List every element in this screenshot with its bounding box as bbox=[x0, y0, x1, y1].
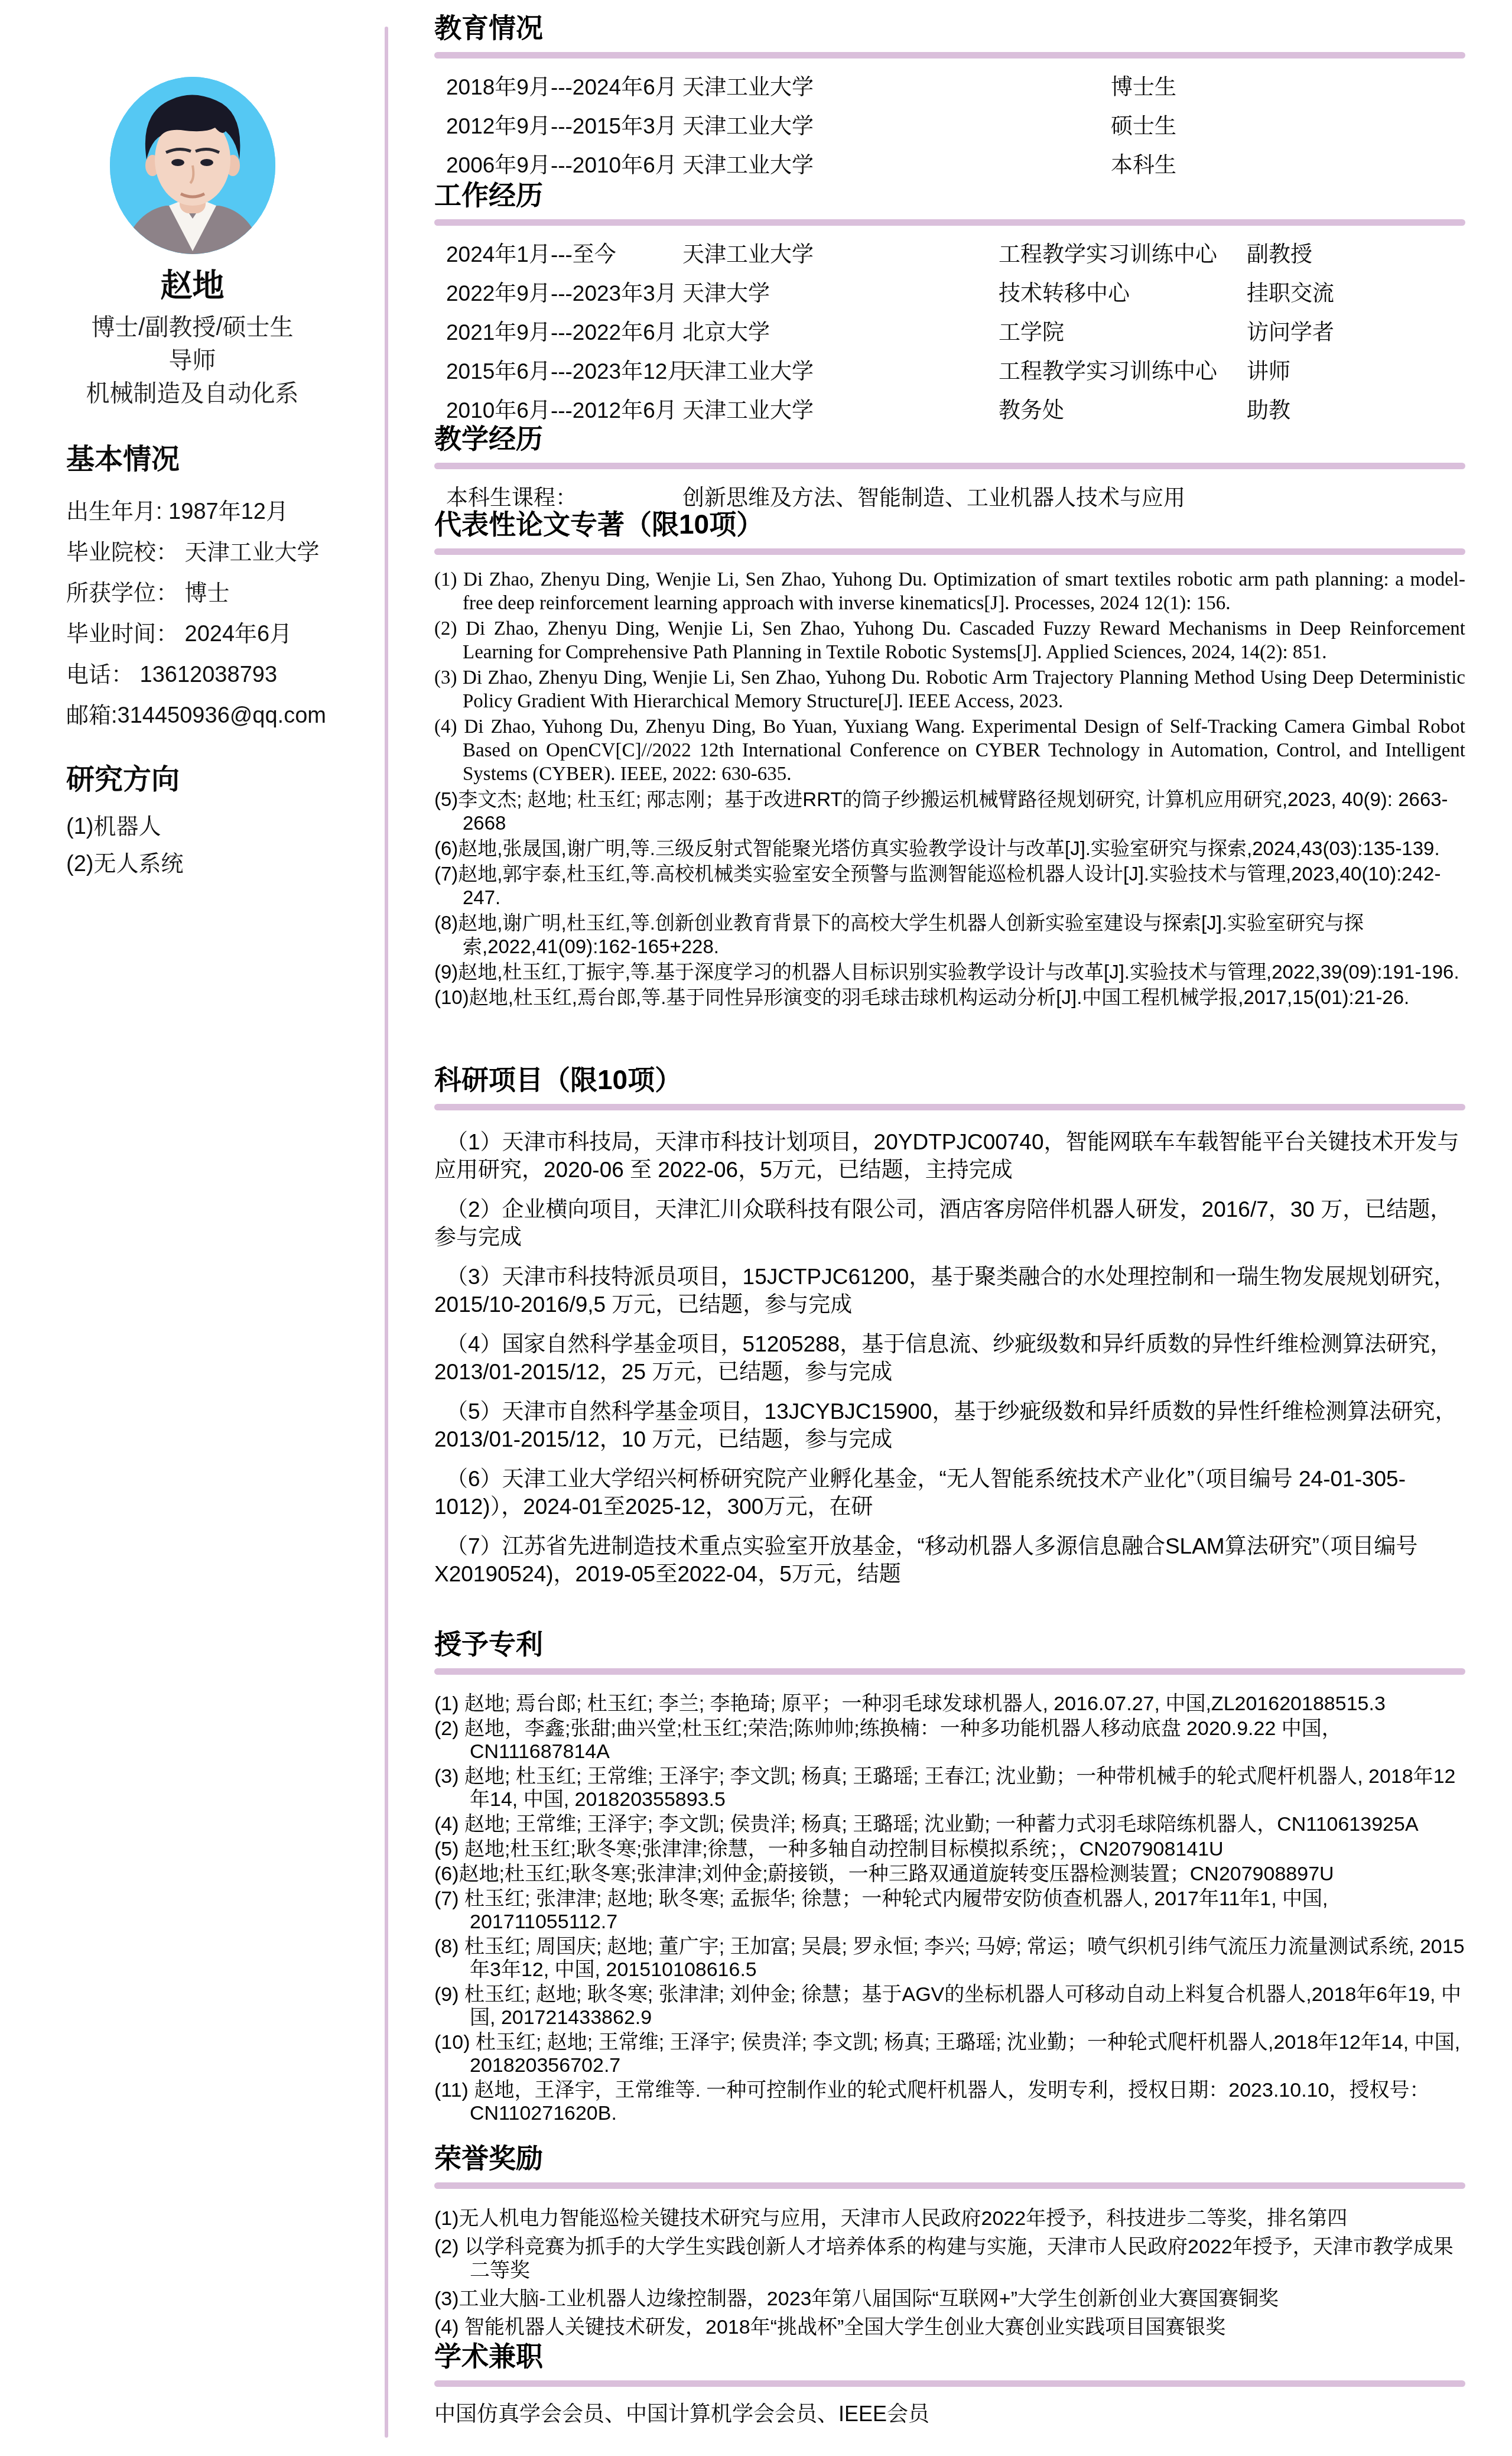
papers-list: (1) Di Zhao, Zhenyu Ding, Wenjie Li, Sen… bbox=[434, 568, 1465, 1009]
sidebar-divider bbox=[385, 27, 388, 2438]
person-name: 赵地 bbox=[0, 268, 385, 304]
patents-list: (1) 赵地; 焉台郎; 杜玉红; 李兰; 李艳琦; 原平；一种羽毛球发球机器人… bbox=[434, 1692, 1465, 2125]
teaching-rows: 本科生课程： 创新思维及方法、智能制造、工业机器人技术与应用 bbox=[434, 486, 1465, 511]
person-title-line1: 博士/副教授/硕士生 bbox=[0, 311, 385, 344]
project-item: （3）天津市科技特派员项目，15JCTPJC61200，基于聚类融合的水处理控制… bbox=[434, 1263, 1465, 1318]
patent-item: (7) 杜玉红; 张津津; 赵地; 耿冬寒; 孟振华; 徐慧；一种轮式内履带安防… bbox=[434, 1888, 1465, 1934]
basic-info-item: 毕业时间： 2024年6月 bbox=[66, 614, 385, 655]
teaching-row: 本科生课程： 创新思维及方法、智能制造、工业机器人技术与应用 bbox=[446, 486, 1465, 511]
work-row: 2015年6月---2023年12月 天津工业大学 工程教学实习训练中心 讲师 bbox=[446, 359, 1465, 384]
work-department: 教务处 bbox=[999, 398, 1247, 423]
work-department: 工程教学实习训练中心 bbox=[999, 359, 1247, 384]
work-underline bbox=[434, 219, 1465, 226]
education-heading: 教育情况 bbox=[434, 12, 1465, 44]
education-period: 2018年9月---2024年6月 bbox=[446, 75, 682, 100]
education-degree: 本科生 bbox=[1111, 153, 1465, 178]
work-row: 2021年9月---2022年6月 北京大学 工学院 访问学者 bbox=[446, 320, 1465, 345]
work-department: 工学院 bbox=[999, 320, 1247, 345]
patent-item: (5) 赵地;杜玉红;耿冬寒;张津津;徐慧，一种多轴自动控制目标模拟系统；，CN… bbox=[434, 1838, 1465, 1861]
papers-underline bbox=[434, 548, 1465, 555]
project-item: （2）企业横向项目，天津汇川众联科技有限公司，酒店客房陪伴机器人研发，2016/… bbox=[434, 1195, 1465, 1251]
patents-underline bbox=[434, 1668, 1465, 1675]
project-item: （4）国家自然科学基金项目，51205288，基于信息流、纱疵级数和异纤质数的异… bbox=[434, 1330, 1465, 1386]
project-item: （6）天津工业大学绍兴柯桥研究院产业孵化基金，“无人智能系统技术产业化”（项目编… bbox=[434, 1465, 1465, 1521]
profile-photo bbox=[110, 77, 275, 254]
work-department: 工程教学实习训练中心 bbox=[999, 242, 1247, 267]
work-organization: 天津工业大学 bbox=[682, 242, 999, 267]
patent-item: (3) 赵地; 杜玉红; 王常维; 王泽宇; 李文凯; 杨真; 王璐瑶; 王春江… bbox=[434, 1765, 1465, 1811]
project-item: （1）天津市科技局，天津市科技计划项目，20YDTPJC00740，智能网联车车… bbox=[434, 1128, 1465, 1184]
education-row: 2018年9月---2024年6月 天津工业大学 博士生 bbox=[446, 75, 1465, 100]
paper-item: (8)赵地,谢广明,杜玉红,等.创新创业教育背景下的高校大学生机器人创新实验室建… bbox=[434, 911, 1465, 959]
section-papers: 代表性论文专著（限10项） (1) Di Zhao, Zhenyu Ding, … bbox=[434, 508, 1465, 1011]
work-title: 讲师 bbox=[1247, 359, 1465, 384]
honor-item: (1)无人机电力智能巡检关键技术研究与应用，天津市人民政府2022年授予，科技进… bbox=[434, 2207, 1465, 2230]
research-direction-heading: 研究方向 bbox=[66, 764, 385, 797]
research-direction-list: (1)机器人 (2)无人系统 bbox=[66, 808, 385, 883]
paper-item: (4) Di Zhao, Yuhong Du, Zhenyu Ding, Bo … bbox=[434, 715, 1465, 786]
education-degree: 博士生 bbox=[1111, 75, 1465, 100]
education-period: 2006年9月---2010年6月 bbox=[446, 153, 682, 178]
paper-item: (10)赵地,杜玉红,焉台郎,等.基于同性异形演变的羽毛球击球机构运动分析[J]… bbox=[434, 986, 1465, 1009]
memberships-text: 中国仿真学会会员、中国计算机学会会员、IEEE会员 bbox=[434, 2402, 1465, 2426]
work-organization: 天津工业大学 bbox=[682, 359, 999, 384]
work-title: 助教 bbox=[1247, 398, 1465, 423]
work-row: 2022年9月---2023年3月 天津大学 技术转移中心 挂职交流 bbox=[446, 281, 1465, 306]
education-row: 2012年9月---2015年3月 天津工业大学 硕士生 bbox=[446, 114, 1465, 139]
project-item: （7）江苏省先进制造技术重点实验室开放基金，“移动机器人多源信息融合SLAM算法… bbox=[434, 1532, 1465, 1588]
honors-list: (1)无人机电力智能巡检关键技术研究与应用，天津市人民政府2022年授予，科技进… bbox=[434, 2207, 1465, 2339]
papers-heading: 代表性论文专著（限10项） bbox=[434, 508, 1465, 540]
paper-item: (7)赵地,郭宇泰,杜玉红,等.高校机械类实验室安全预警与监测智能巡检机器人设计… bbox=[434, 862, 1465, 909]
honors-underline bbox=[434, 2182, 1465, 2189]
patent-item: (8) 杜玉红; 周国庆; 赵地; 董广宇; 王加富; 吴晨; 罗永恒; 李兴;… bbox=[434, 1935, 1465, 1981]
paper-item: (9)赵地,杜玉红,丁振宇,等.基于深度学习的机器人目标识别实验教学设计与改革[… bbox=[434, 960, 1465, 984]
basic-info-item: 出生年月: 1987年12月 bbox=[66, 492, 385, 532]
teaching-course-list: 创新思维及方法、智能制造、工业机器人技术与应用 bbox=[682, 486, 1465, 511]
paper-item: (2) Di Zhao, Zhenyu Ding, Wenjie Li, Sen… bbox=[434, 617, 1465, 664]
education-degree: 硕士生 bbox=[1111, 114, 1465, 139]
basic-info-item: 毕业院校： 天津工业大学 bbox=[66, 532, 385, 573]
teaching-underline bbox=[434, 463, 1465, 469]
projects-list: （1）天津市科技局，天津市科技计划项目，20YDTPJC00740，智能网联车车… bbox=[434, 1128, 1465, 1588]
research-direction-item: (2)无人系统 bbox=[66, 846, 385, 883]
sidebar: 赵地 博士/副教授/硕士生 导师 机械制造及自动化系 基本情况 出生年月: 19… bbox=[0, 0, 385, 2456]
work-title: 访问学者 bbox=[1247, 320, 1465, 345]
projects-underline bbox=[434, 1104, 1465, 1110]
paper-item: (3) Di Zhao, Zhenyu Ding, Wenjie Li, Sen… bbox=[434, 666, 1465, 713]
memberships-underline bbox=[434, 2380, 1465, 2387]
patent-item: (10) 杜玉红; 赵地; 王常维; 王泽宇; 侯贵洋; 李文凯; 杨真; 王璐… bbox=[434, 2031, 1465, 2077]
teaching-course-label: 本科生课程： bbox=[446, 486, 682, 511]
projects-heading: 科研项目（限10项） bbox=[434, 1064, 1465, 1096]
patent-item: (1) 赵地; 焉台郎; 杜玉红; 李兰; 李艳琦; 原平；一种羽毛球发球机器人… bbox=[434, 1692, 1465, 1716]
basic-info-item: 邮箱:314450936@qq.com bbox=[66, 696, 385, 736]
honor-item: (4) 智能机器人关键技术研发，2018年“挑战杯”全国大学生创业大赛创业实践项… bbox=[434, 2315, 1465, 2339]
education-school: 天津工业大学 bbox=[682, 153, 1111, 178]
work-title: 挂职交流 bbox=[1247, 281, 1465, 306]
basic-info-item: 所获学位： 博士 bbox=[66, 573, 385, 614]
honor-item: (2) 以学科竞赛为抓手的大学生实践创新人才培养体系的构建与实施，天津市人民政府… bbox=[434, 2235, 1465, 2282]
education-period: 2012年9月---2015年3月 bbox=[446, 114, 682, 139]
basic-info-item: 电话： 13612038793 bbox=[66, 655, 385, 696]
person-department: 机械制造及自动化系 bbox=[0, 377, 385, 410]
work-period: 2015年6月---2023年12月 bbox=[446, 359, 682, 384]
patents-heading: 授予专利 bbox=[434, 1628, 1465, 1660]
education-school: 天津工业大学 bbox=[682, 75, 1111, 100]
section-education: 教育情况 2018年9月---2024年6月 天津工业大学 博士生 2012年9… bbox=[434, 12, 1465, 192]
work-period: 2024年1月---至今 bbox=[446, 242, 682, 267]
work-heading: 工作经历 bbox=[434, 179, 1465, 211]
section-honors: 荣誉奖励 (1)无人机电力智能巡检关键技术研究与应用，天津市人民政府2022年授… bbox=[434, 2142, 1465, 2344]
education-row: 2006年9月---2010年6月 天津工业大学 本科生 bbox=[446, 153, 1465, 178]
education-underline bbox=[434, 52, 1465, 59]
education-school: 天津工业大学 bbox=[682, 114, 1111, 139]
work-department: 技术转移中心 bbox=[999, 281, 1247, 306]
work-title: 副教授 bbox=[1247, 242, 1465, 267]
patent-item: (6)赵地;杜玉红;耿冬寒;张津津;刘仲金;蔚接锁，一种三路双通道旋转变压器检测… bbox=[434, 1863, 1465, 1886]
work-rows: 2024年1月---至今 天津工业大学 工程教学实习训练中心 副教授 2022年… bbox=[434, 242, 1465, 423]
basic-info-heading: 基本情况 bbox=[66, 443, 385, 476]
section-projects: 科研项目（限10项） （1）天津市科技局，天津市科技计划项目，20YDTPJC0… bbox=[434, 1064, 1465, 1600]
work-row: 2010年6月---2012年6月 天津工业大学 教务处 助教 bbox=[446, 398, 1465, 423]
section-work-experience: 工作经历 2024年1月---至今 天津工业大学 工程教学实习训练中心 副教授 … bbox=[434, 179, 1465, 437]
patent-item: (9) 杜玉红; 赵地; 耿冬寒; 张津津; 刘仲金; 徐慧；基于AGV的坐标机… bbox=[434, 1983, 1465, 2029]
project-item: （5）天津市自然科学基金项目，13JCYBJC15900，基于纱疵级数和异纤质数… bbox=[434, 1398, 1465, 1453]
person-avatar-image bbox=[110, 77, 275, 254]
work-row: 2024年1月---至今 天津工业大学 工程教学实习训练中心 副教授 bbox=[446, 242, 1465, 267]
section-patents: 授予专利 (1) 赵地; 焉台郎; 杜玉红; 李兰; 李艳琦; 原平；一种羽毛球… bbox=[434, 1628, 1465, 2127]
patent-item: (2) 赵地，李鑫;张甜;曲兴堂;杜玉红;荣浩;陈帅帅;练换楠：一种多功能机器人… bbox=[434, 1717, 1465, 1763]
memberships-heading: 学术兼职 bbox=[434, 2340, 1465, 2372]
research-direction-item: (1)机器人 bbox=[66, 808, 385, 846]
work-organization: 天津工业大学 bbox=[682, 398, 999, 423]
paper-item: (6)赵地,张晟国,谢广明,等.三级反射式智能聚光塔仿真实验教学设计与改革[J]… bbox=[434, 837, 1465, 860]
work-period: 2021年9月---2022年6月 bbox=[446, 320, 682, 345]
basic-info-list: 出生年月: 1987年12月 毕业院校： 天津工业大学 所获学位： 博士 毕业时… bbox=[66, 492, 385, 736]
work-organization: 北京大学 bbox=[682, 320, 999, 345]
work-organization: 天津大学 bbox=[682, 281, 999, 306]
work-period: 2022年9月---2023年3月 bbox=[446, 281, 682, 306]
section-memberships: 学术兼职 中国仿真学会会员、中国计算机学会会员、IEEE会员 bbox=[434, 2340, 1465, 2426]
teaching-heading: 教学经历 bbox=[434, 423, 1465, 454]
education-rows: 2018年9月---2024年6月 天津工业大学 博士生 2012年9月---2… bbox=[434, 75, 1465, 178]
honor-item: (3)工业大脑-工业机器人边缘控制器，2023年第八届国际“互联网+”大学生创新… bbox=[434, 2287, 1465, 2311]
work-period: 2010年6月---2012年6月 bbox=[446, 398, 682, 423]
paper-item: (5)李文杰; 赵地; 杜玉红; 邴志刚；基于改进RRT的筒子纱搬运机械臂路径规… bbox=[434, 788, 1465, 835]
patent-item: (11) 赵地，王泽宇，王常维等. 一种可控制作业的轮式爬杆机器人，发明专利，授… bbox=[434, 2079, 1465, 2125]
paper-item: (1) Di Zhao, Zhenyu Ding, Wenjie Li, Sen… bbox=[434, 568, 1465, 615]
honors-heading: 荣誉奖励 bbox=[434, 2142, 1465, 2174]
person-title-line2: 导师 bbox=[0, 344, 385, 377]
patent-item: (4) 赵地; 王常维; 王泽宇; 李文凯; 侯贵洋; 杨真; 王璐瑶; 沈业勤… bbox=[434, 1813, 1465, 1836]
